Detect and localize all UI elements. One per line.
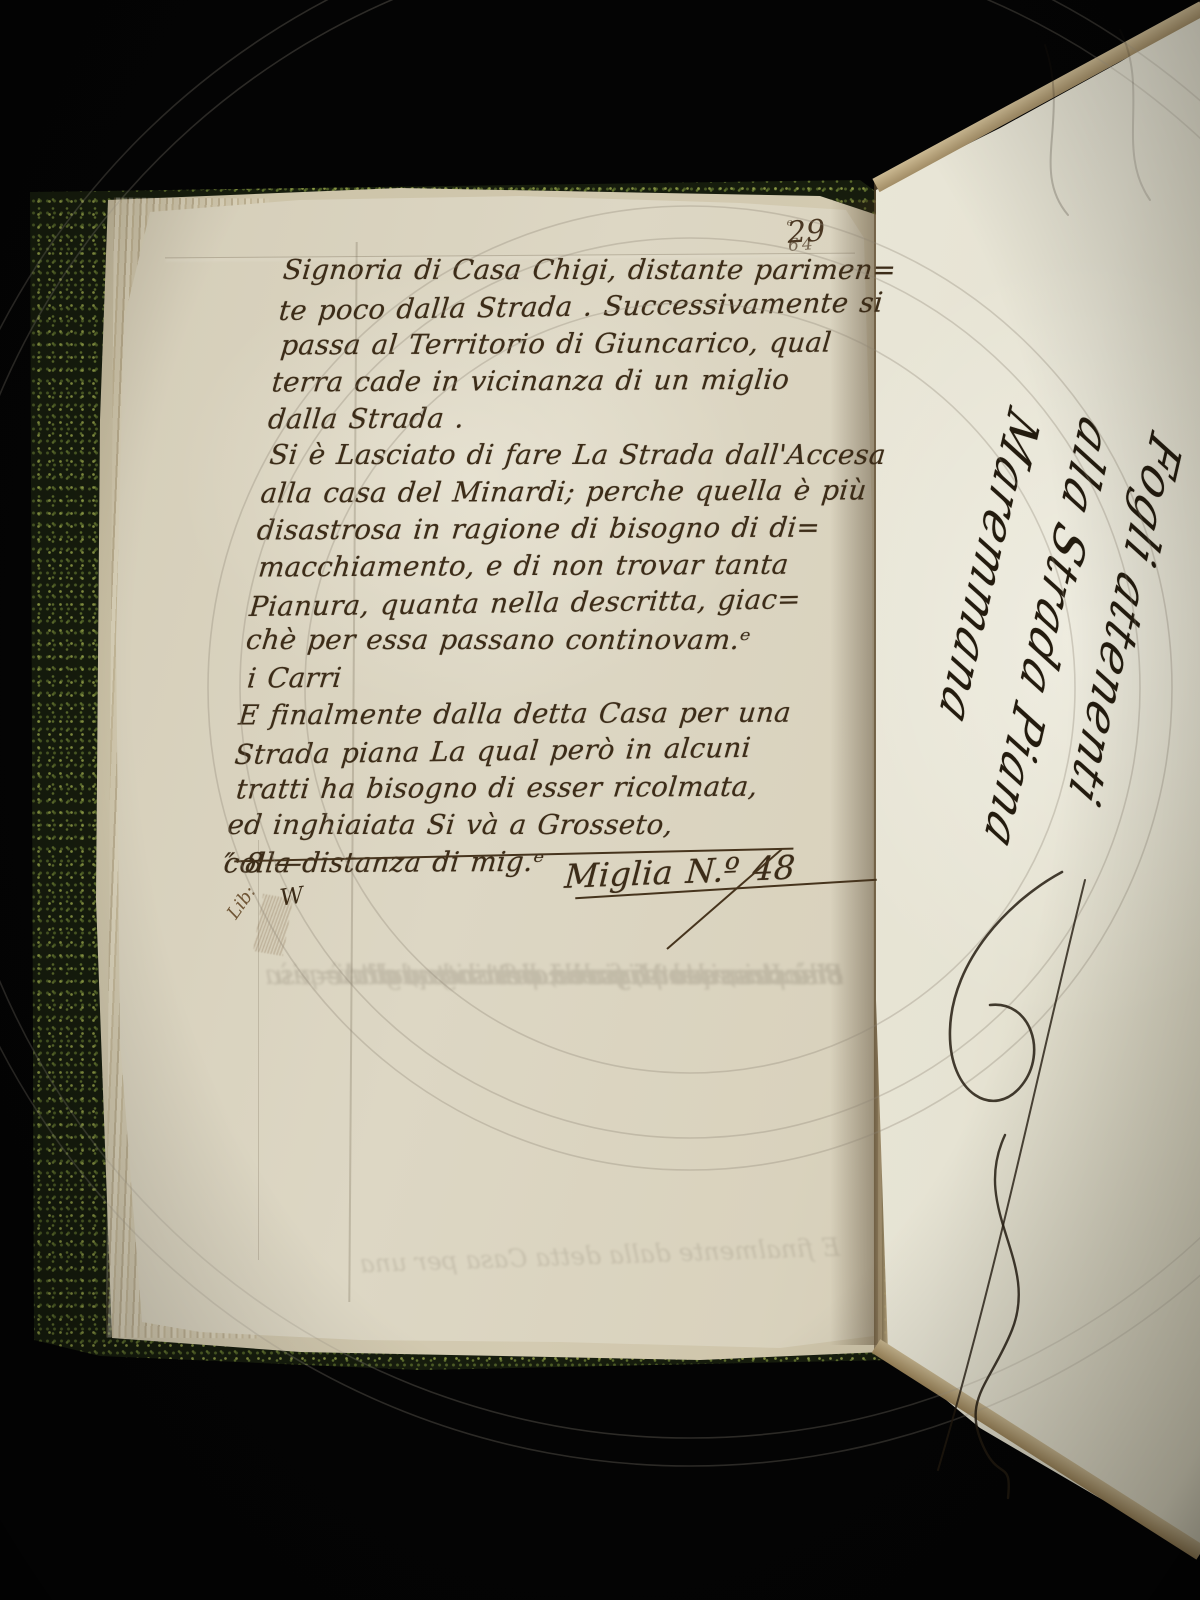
manuscript-line: Pianura, quanta nella descritta, giac= bbox=[248, 581, 830, 626]
manuscript-photo: Si è Lasciato di fare La Strada dall'Acc… bbox=[0, 0, 1200, 1600]
manuscript-line: E finalmente dalla detta Casa per una bbox=[237, 694, 819, 734]
manuscript-line: passa al Territorio di Giuncarico, qual bbox=[279, 324, 856, 364]
manuscript-line: dalla Strada . bbox=[266, 398, 848, 438]
ghost-line: chè per essa passano continovam.ᵉ bbox=[366, 952, 844, 999]
manuscript-line: alla casa del Minardi; perche quella è p… bbox=[259, 472, 841, 512]
manuscript-line: disastrosa in ragione di bisogno di di= bbox=[255, 509, 837, 549]
manuscript-line: i Carri bbox=[245, 657, 822, 697]
manuscript-line: terra cade in vicinanza di un miglio bbox=[270, 361, 852, 401]
manuscript-line: macchiamento, e di non trovar tanta bbox=[257, 546, 834, 586]
manuscript-line: tratti ha bisogno di esser ricolmata, bbox=[234, 768, 811, 808]
manuscript-line: chè per essa passano continovam.ᵉ bbox=[244, 622, 826, 659]
page-number-marks: ᵉ 64 bbox=[786, 214, 816, 256]
manuscript-line: Strada piana La qual però in alcuni bbox=[233, 729, 815, 774]
manuscript-text-block: Signoria di Casa Chigi, distante parimen… bbox=[215, 250, 863, 953]
manuscript-line: Si è Lasciato di fare La Strada dall'Acc… bbox=[268, 437, 845, 474]
manuscript-line: te poco dalla Strada . Successivamente s… bbox=[277, 285, 859, 330]
manuscript-line: Signoria di Casa Chigi, distante parimen… bbox=[281, 252, 863, 289]
